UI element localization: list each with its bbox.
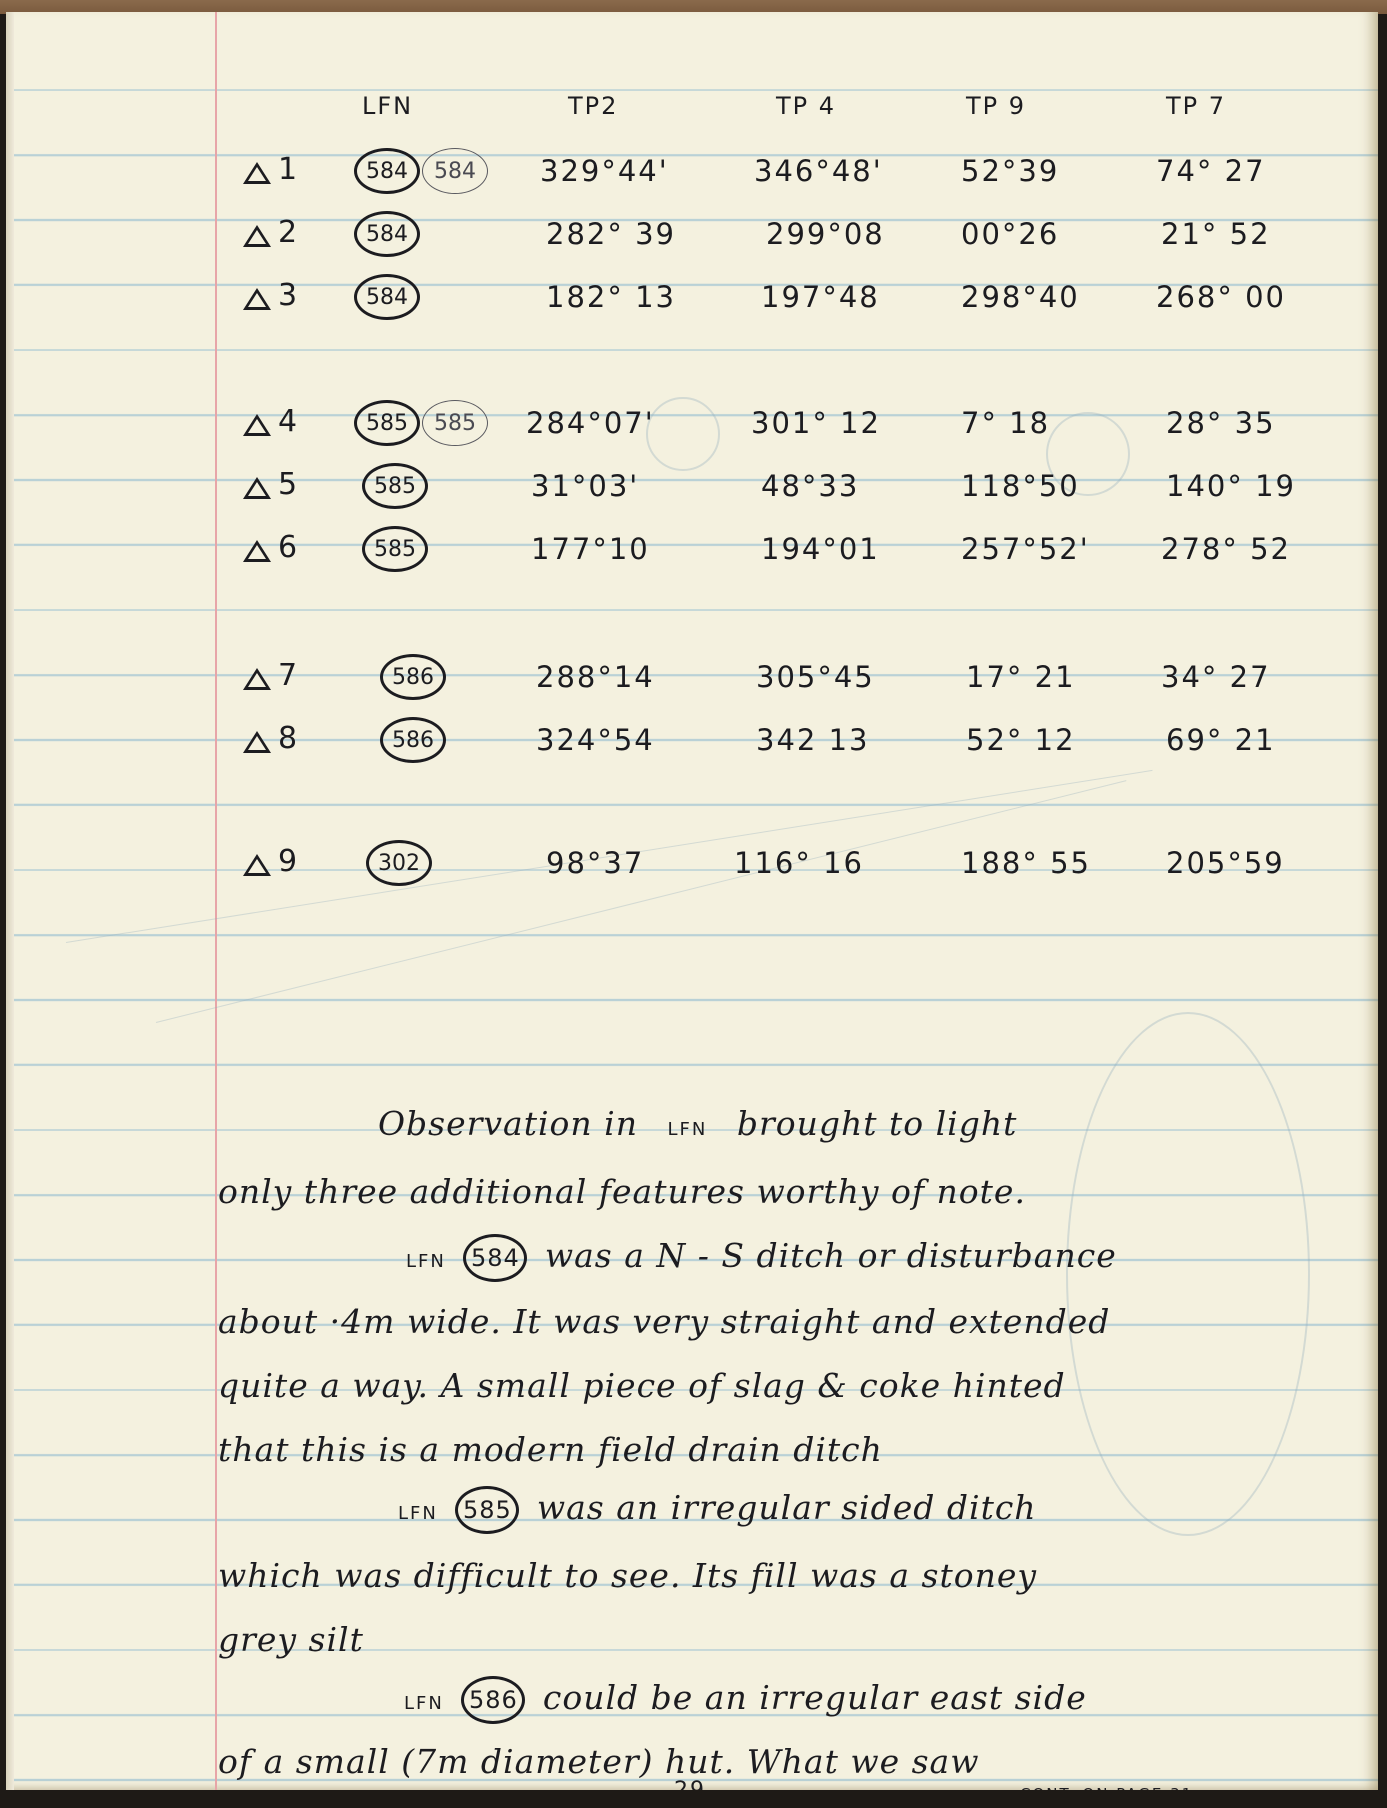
bearing-tp9: 52° 12 [966, 723, 1076, 757]
bearing-tp4: 48°33 [761, 469, 859, 503]
lfn-circled: 586 [380, 654, 446, 700]
bearing-tp2: 324°54 [536, 723, 655, 757]
bearing-tp4: 346°48' [754, 154, 883, 188]
note-line: quite a way. A small piece of slag & cok… [218, 1366, 1066, 1405]
note-line: about ·4m wide. It was very straight and… [218, 1302, 1110, 1341]
bearing-tp7: 74° 27 [1156, 154, 1266, 188]
station-number: 3 [278, 278, 297, 313]
table-row: 8 586 324°54 342 13 52° 12 69° 21 [6, 715, 1378, 771]
bearing-tp4: 116° 16 [734, 846, 864, 880]
lfn-circled: 584 [354, 274, 420, 320]
header-tp2: TP2 [568, 92, 618, 120]
triangle-station-icon [243, 162, 271, 184]
lfn-circled: 585 [354, 400, 420, 446]
bearing-tp7: 268° 00 [1156, 280, 1286, 314]
note-line: grey silt [218, 1620, 364, 1659]
lfn-circled: 585 [362, 463, 428, 509]
bearing-tp4: 194°01 [761, 532, 880, 566]
note-line: LFN 584 was a N - S ditch or disturbance [406, 1234, 1117, 1282]
bearing-tp4: 305°45 [756, 660, 875, 694]
lfn-circled: 302 [366, 840, 432, 886]
bearing-tp4: 197°48 [761, 280, 880, 314]
bearing-tp9: 298°40 [961, 280, 1080, 314]
header-tp4: TP 4 [776, 92, 836, 120]
bearing-tp9: 7° 18 [961, 406, 1050, 440]
triangle-station-icon [243, 477, 271, 499]
page-bottom-shadow [0, 1790, 1387, 1808]
station-number: 5 [278, 467, 297, 502]
header-lfn: LFN [362, 92, 413, 120]
bearing-tp7: 69° 21 [1166, 723, 1276, 757]
bearing-tp9: 52°39 [961, 154, 1059, 188]
lfn-circled: 586 [461, 1676, 525, 1724]
station-number: 7 [278, 658, 297, 693]
lfn-circled: 584 [354, 148, 420, 194]
station-number: 8 [278, 721, 297, 756]
triangle-station-icon [243, 731, 271, 753]
triangle-station-icon [243, 225, 271, 247]
bearing-tp9: 257°52' [961, 532, 1090, 566]
bearing-tp4: 301° 12 [751, 406, 881, 440]
note-line: Observation in LFN brought to light [378, 1104, 1017, 1143]
lfn-circled-faint: 584 [422, 148, 488, 194]
bearing-tp7: 28° 35 [1166, 406, 1276, 440]
bearing-tp2: 182° 13 [546, 280, 676, 314]
bearing-tp2: 31°03' [531, 469, 639, 503]
triangle-station-icon [243, 854, 271, 876]
bearing-tp9: 118°50 [961, 469, 1080, 503]
lfn-circled: 585 [455, 1486, 519, 1534]
header-tp9: TP 9 [966, 92, 1026, 120]
bearing-tp4: 299°08 [766, 217, 885, 251]
notebook-page: LFN TP2 TP 4 TP 9 TP 7 1 584 584 329°44'… [6, 12, 1378, 1790]
note-line: LFN 585 was an irregular sided ditch [398, 1486, 1037, 1534]
note-line: of a small (7m diameter) hut. What we sa… [218, 1742, 979, 1781]
table-row: 1 584 584 329°44' 346°48' 52°39 74° 27 [6, 146, 1378, 202]
bearing-tp7: 21° 52 [1161, 217, 1271, 251]
table-row: 6 585 177°10 194°01 257°52' 278° 52 [6, 524, 1378, 580]
bearing-tp7: 34° 27 [1161, 660, 1271, 694]
ghost-sketch-line [156, 780, 1127, 1023]
station-number: 2 [278, 215, 297, 250]
triangle-station-icon [243, 288, 271, 310]
bearing-tp2: 282° 39 [546, 217, 676, 251]
station-number: 1 [278, 152, 297, 187]
bearing-tp9: 188° 55 [961, 846, 1091, 880]
bearing-tp7: 205°59 [1166, 846, 1285, 880]
table-row: 5 585 31°03' 48°33 118°50 140° 19 [6, 461, 1378, 517]
bearing-table-header: LFN TP2 TP 4 TP 9 TP 7 [6, 92, 1378, 132]
bearing-tp9: 17° 21 [966, 660, 1076, 694]
triangle-station-icon [243, 540, 271, 562]
table-row: 9 302 98°37 116° 16 188° 55 205°59 [6, 838, 1378, 894]
bearing-tp2: 177°10 [531, 532, 650, 566]
bearing-tp2: 284°07' [526, 406, 655, 440]
bearing-tp2: 98°37 [546, 846, 644, 880]
station-number: 9 [278, 844, 297, 879]
note-line: that this is a modern field drain ditch [218, 1430, 883, 1469]
lfn-circled-faint: 585 [422, 400, 488, 446]
bearing-tp9: 00°26 [961, 217, 1059, 251]
note-line: only three additional features worthy of… [218, 1172, 1026, 1211]
table-row: 7 586 288°14 305°45 17° 21 34° 27 [6, 652, 1378, 708]
table-row: 2 584 282° 39 299°08 00°26 21° 52 [6, 209, 1378, 265]
header-tp7: TP 7 [1166, 92, 1226, 120]
table-row: 3 584 182° 13 197°48 298°40 268° 00 [6, 272, 1378, 328]
lfn-circled: 584 [463, 1234, 527, 1282]
bearing-tp2: 329°44' [540, 154, 669, 188]
lfn-circled: 584 [354, 211, 420, 257]
bearing-tp7: 140° 19 [1166, 469, 1296, 503]
station-number: 4 [278, 404, 297, 439]
station-number: 6 [278, 530, 297, 565]
triangle-station-icon [243, 414, 271, 436]
note-line: which was difficult to see. Its fill was… [218, 1556, 1037, 1595]
note-line: LFN 586 could be an irregular east side [404, 1676, 1087, 1724]
lfn-circled: 586 [380, 717, 446, 763]
bearing-tp2: 288°14 [536, 660, 655, 694]
triangle-station-icon [243, 668, 271, 690]
bearing-tp4: 342 13 [756, 723, 869, 757]
table-row: 4 585 585 284°07' 301° 12 7° 18 28° 35 [6, 398, 1378, 454]
bearing-tp7: 278° 52 [1161, 532, 1291, 566]
lfn-circled: 585 [362, 526, 428, 572]
